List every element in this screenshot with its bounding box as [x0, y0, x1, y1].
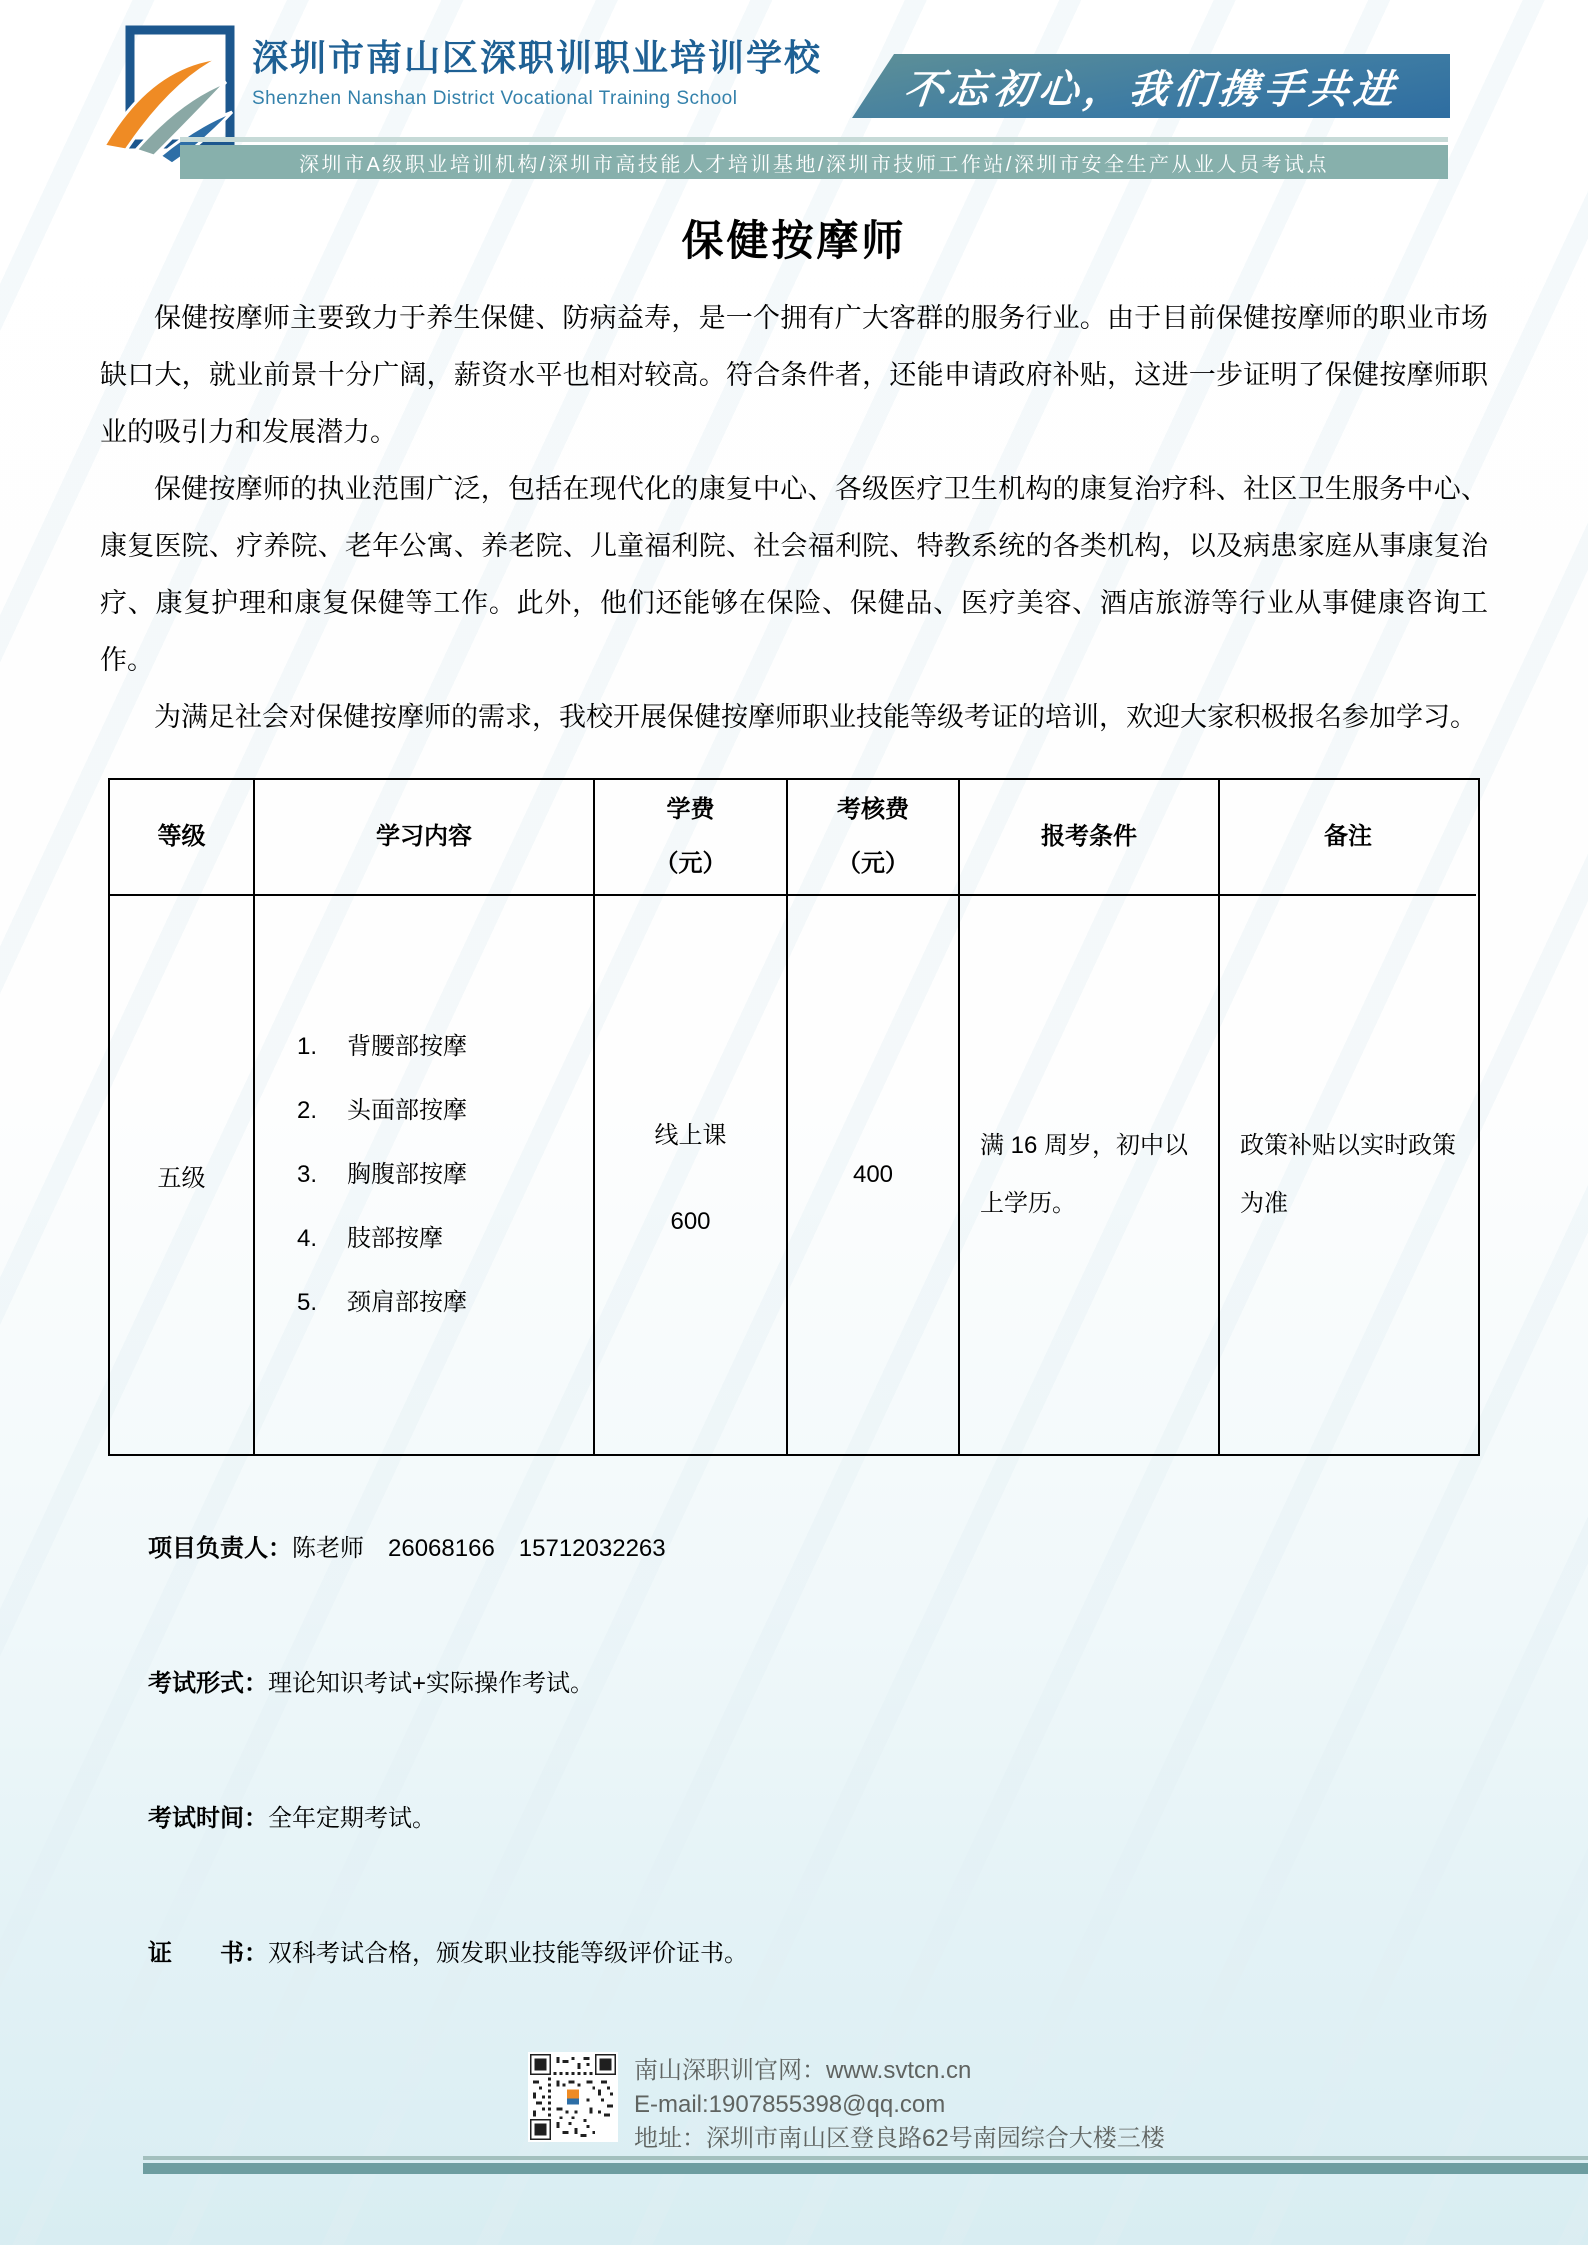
detail-text: 全年定期考试。: [268, 1805, 436, 1832]
detail-lines: 项目负责人：陈老师 26068166 15712032263 考试形式：理论知识…: [108, 1500, 1588, 1996]
intro-paragraphs: 保健按摩师主要致力于养生保健、防病益寿，是一个拥有广大客群的服务行业。由于目前保…: [100, 290, 1488, 746]
footer-website: 南山深职训官网：www.svtcn.cn: [634, 2054, 1165, 2088]
learning-item: 头面部按摩: [297, 1079, 593, 1143]
cell-requirement: 满 16 周岁，初中以上学历。: [960, 896, 1220, 1454]
header-content: 学习内容: [255, 780, 595, 896]
detail-line: 项目负责人：陈老师 26068166 15712032263: [108, 1500, 1588, 1591]
header-level: 等级: [110, 780, 255, 896]
paragraph-1: 保健按摩师主要致力于养生保健、防病益寿，是一个拥有广大客群的服务行业。由于目前保…: [100, 290, 1488, 461]
table-header-row: 等级 学习内容 学费 （元） 考核费 （元） 报考条件 备注: [110, 780, 1478, 896]
tuition-mode: 线上课: [655, 1115, 727, 1150]
detail-line: 考试时间：全年定期考试。: [108, 1770, 1588, 1861]
detail-text: 陈老师 26068166 15712032263: [292, 1535, 666, 1562]
course-table: 等级 学习内容 学费 （元） 考核费 （元） 报考条件 备注 五级 背腰部按摩头…: [108, 778, 1480, 1456]
cell-tuition: 线上课 600: [595, 896, 788, 1454]
cell-remark: 政策补贴以实时政策为准: [1220, 896, 1476, 1454]
footer: 南山深职训官网：www.svtcn.cn E-mail:1907855398@q…: [528, 2052, 1165, 2156]
learning-item: 颈肩部按摩: [297, 1271, 593, 1335]
slogan-text: 不忘初心，我们携手共进: [901, 58, 1402, 115]
qualification-bar: 深圳市A级职业培训机构/深圳市高技能人才培训基地/深圳市技师工作站/深圳市安全生…: [180, 137, 1448, 179]
tuition-fee: 600: [670, 1208, 710, 1236]
header-remark: 备注: [1220, 780, 1476, 896]
table-row: 五级 背腰部按摩头面部按摩胸腹部按摩肢部按摩颈肩部按摩 线上课 600 400 …: [110, 896, 1478, 1454]
header-exam-fee: 考核费 （元）: [788, 780, 960, 896]
header-requirement: 报考条件: [960, 780, 1220, 896]
footer-email: E-mail:1907855398@qq.com: [634, 2088, 1165, 2122]
detail-text: 理论知识考试+实际操作考试。: [268, 1670, 594, 1697]
requirement-text: 满 16 周岁，初中以上学历。: [960, 1117, 1218, 1233]
cell-level: 五级: [110, 896, 255, 1454]
header: 深圳市南山区深职训职业培训学校 Shenzhen Nanshan Distric…: [0, 0, 1588, 182]
detail-line: 证 书：双科考试合格，颁发职业技能等级评价证书。: [108, 1905, 1588, 1996]
bottom-bar-thick-line: [143, 2163, 1588, 2174]
detail-label: 考试时间：: [148, 1805, 268, 1832]
learning-item: 肢部按摩: [297, 1207, 593, 1271]
cell-exam-fee: 400: [788, 896, 960, 1454]
bottom-bar-thin-line: [143, 2156, 1588, 2160]
remark-text: 政策补贴以实时政策为准: [1220, 1117, 1476, 1233]
school-name-en: Shenzhen Nanshan District Vocational Tra…: [252, 88, 822, 110]
paragraph-2: 保健按摩师的执业范围广泛，包括在现代化的康复中心、各级医疗卫生机构的康复治疗科、…: [100, 461, 1488, 689]
learning-item: 背腰部按摩: [297, 1015, 593, 1079]
learning-items-list: 背腰部按摩头面部按摩胸腹部按摩肢部按摩颈肩部按摩: [297, 1015, 593, 1335]
page-title: 保健按摩师: [0, 208, 1588, 264]
qualification-bar-stripe: [180, 137, 1448, 142]
paragraph-3: 为满足社会对保健按摩师的需求，我校开展保健按摩师职业技能等级考证的培训，欢迎大家…: [100, 689, 1488, 746]
slogan-banner: 不忘初心，我们携手共进: [852, 54, 1450, 118]
detail-label: 证 书：: [148, 1940, 268, 1967]
document-page: 深圳市南山区深职训职业培训学校 Shenzhen Nanshan Distric…: [0, 0, 1588, 2245]
detail-label: 项目负责人：: [148, 1535, 292, 1562]
footer-contact: 南山深职训官网：www.svtcn.cn E-mail:1907855398@q…: [634, 2052, 1165, 2156]
detail-label: 考试形式：: [148, 1670, 268, 1697]
qr-code: [528, 2052, 618, 2142]
learning-item: 胸腹部按摩: [297, 1143, 593, 1207]
school-names: 深圳市南山区深职训职业培训学校 Shenzhen Nanshan Distric…: [252, 30, 822, 110]
qualification-text: 深圳市A级职业培训机构/深圳市高技能人才培训基地/深圳市技师工作站/深圳市安全生…: [180, 145, 1448, 179]
footer-address: 地址：深圳市南山区登良路62号南园综合大楼三楼: [634, 2122, 1165, 2156]
cell-learning-content: 背腰部按摩头面部按摩胸腹部按摩肢部按摩颈肩部按摩: [255, 896, 595, 1454]
detail-text: 双科考试合格，颁发职业技能等级评价证书。: [268, 1940, 748, 1967]
header-tuition: 学费 （元）: [595, 780, 788, 896]
school-name-cn: 深圳市南山区深职训职业培训学校: [252, 30, 822, 81]
detail-line: 考试形式：理论知识考试+实际操作考试。: [108, 1635, 1588, 1726]
bottom-accent-bar: [143, 2156, 1588, 2174]
